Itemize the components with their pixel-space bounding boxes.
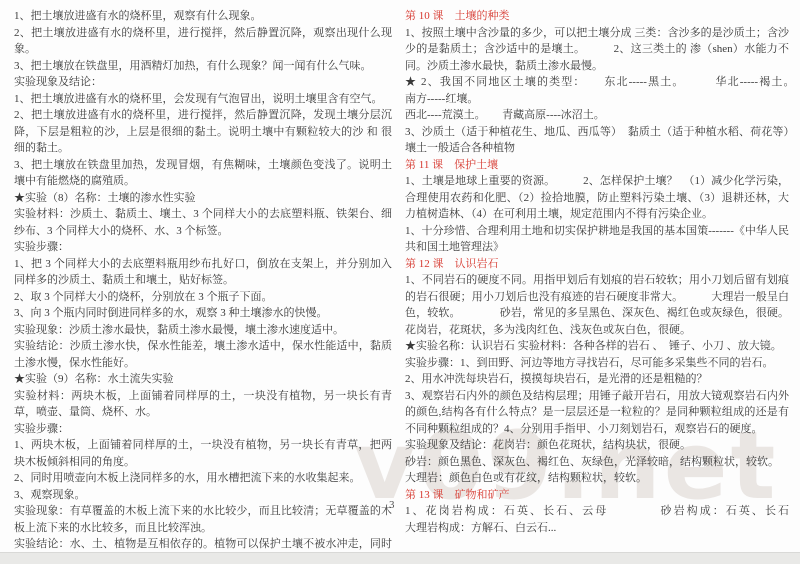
page-number: 3 (389, 499, 395, 511)
paragraph: 实验现象及结论：花岗岩：颜色花斑状，结构块状，很硬。 (405, 437, 789, 454)
paragraph: 2、把土壤放进盛有水的烧杯里，进行搅拌，然后静置沉降，观察出现什么现象。 (14, 25, 392, 58)
paragraph: 3、向 3 个瓶内同时倒进同样多的水，观察 3 种土壤渗水的快慢。 (14, 305, 392, 322)
paragraph: 实验结论：水、土、植物是互相依存的。植物可以保护土壤不被水冲走，同时也涵养一部分… (14, 536, 392, 552)
paragraph: 3、把土壤放在铁盘里加热，发现冒烟，有焦糊味，土壤颜色变浅了。说明土壤中有能燃烧… (14, 157, 392, 190)
paragraph: 3、观察现象。 (14, 487, 392, 504)
paragraph: 实验步骤：1、到田野、河边等地方寻找岩石，尽可能多采集些不同的岩石。 (405, 355, 789, 372)
paragraph: 实验材料：两块木板，上面铺着同样厚的土，一块没有植物，另一块长有青草，喷壶、量筒… (14, 388, 392, 421)
paragraph: 实验材料：沙质土、黏质土、壤土、3 个同样大小的去底塑料瓶、铁架台、细纱布、3 … (14, 206, 392, 239)
paragraph: 1、把 3 个同样大小的去底塑料瓶用纱布扎好口，倒放在支架上，并分别加入同样多的… (14, 256, 392, 289)
paragraph: 大理岩：颜色白色或有花纹，结构颗粒状，较软。 (405, 470, 789, 487)
paragraph: 2、用水冲洗每块岩石，摸摸每块岩石，是光滑的还是粗糙的？ (405, 371, 789, 388)
paragraph: 1、土壤是地球上重要的资源。 2、怎样保护土壤？ （1）减少化学污染，合理使用农… (405, 173, 789, 223)
paragraph: 2、把土壤放进盛有水的烧杯里，进行搅拌，然后静置沉降，发现土壤分层沉降，下层是粗… (14, 107, 392, 157)
paragraph: ★实验（8）名称：土壤的渗水性实验 (14, 190, 392, 207)
lesson-heading: 第 10 课 土壤的种类 (405, 8, 789, 25)
paragraph: 实验现象及结论： (14, 74, 392, 91)
paragraph: 砂岩：颜色黑色、深灰色、褐红色、灰绿色，光泽较暗，结构颗粒状，较软。 (405, 454, 789, 471)
paragraph: 3、沙质土（适于种植花生、地瓜、西瓜等） 黏质土（适于种植水稻、荷花等） 壤土一… (405, 124, 789, 157)
lesson-heading: 第 13 课 矿物和矿产 (405, 487, 789, 504)
paragraph: ★ 2、我国不同地区土壤的类型： 东北-----黑土。 华北-----褐土。 南… (405, 74, 789, 107)
paragraph: 3、把土壤放在铁盘里，用酒精灯加热，有什么现象？闻一闻有什么气味。 (14, 58, 392, 75)
paragraph: ★实验（9）名称：水土流失实验 (14, 371, 392, 388)
paragraph: 2、取 3 个同样大小的烧杯，分别放在 3 个瓶子下面。 (14, 289, 392, 306)
right-column: 第 10 课 土壤的种类1、按照土壤中含沙量的多少，可以把土壤分成 三类：含沙多… (405, 8, 789, 552)
paragraph: 1、按照土壤中含沙量的多少，可以把土壤分成 三类：含沙多的是沙质土；含沙少的是黏… (405, 25, 789, 75)
paragraph: 实验现象：有草覆盖的木板上流下来的水比较少，而且比较清；无草覆盖的木板上流下来的… (14, 503, 392, 536)
lesson-heading: 第 11 课 保护土壤 (405, 157, 789, 174)
paragraph: 实验现象：沙质土渗水最快，黏质土渗水最慢，壤土渗水速度适中。 (14, 322, 392, 339)
paragraph: 西北----荒漠土。 青藏高原----冰沼土。 (405, 107, 789, 124)
paragraph: 1、把土壤放进盛有水的烧杯里，会发现有气泡冒出，说明土壤里含有空气。 (14, 91, 392, 108)
paragraph: 1、把土壤放进盛有水的烧杯里，观察有什么现象。 (14, 8, 392, 25)
two-column-layout: 1、把土壤放进盛有水的烧杯里，观察有什么现象。2、把土壤放进盛有水的烧杯里，进行… (0, 0, 800, 552)
paragraph: 实验结论：沙质土渗水快，保水性能差，壤土渗水适中，保水性能适中，黏质土渗水慢，保… (14, 338, 392, 371)
paragraph: 1、十分珍惜、合理利用土地和切实保护耕地是我国的基本国策-------《中华人民… (405, 223, 789, 256)
paragraph: 1、不同岩石的硬度不同。用指甲划后有划痕的岩石较软；用小刀划后留有划痕的岩石很硬… (405, 272, 789, 338)
document-page: v09.net 1、把土壤放进盛有水的烧杯里，观察有什么现象。2、把土壤放进盛有… (0, 0, 800, 552)
paragraph: 实验步骤： (14, 239, 392, 256)
paragraph: 3、观察岩石内外的颜色及结构层理；用锤子敲开岩石，用放大镜观察岩石内外的颜色,结… (405, 388, 789, 438)
lesson-heading: 第 12 课 认识岩石 (405, 256, 789, 273)
paragraph: 1、两块木板，上面铺着同样厚的土，一块没有植物，另一块长有青草，把两块木板倾斜相… (14, 437, 392, 470)
paragraph: 实验步骤： (14, 421, 392, 438)
paragraph: 1、花岗岩构成：石英、长石、云母 砂岩构成：石英、长石 大理岩构成：方解石、白云… (405, 503, 789, 536)
paragraph: 2、同时用喷壶向木板上浇同样多的水，用水槽把流下来的水收集起来。 (14, 470, 392, 487)
left-column: 1、把土壤放进盛有水的烧杯里，观察有什么现象。2、把土壤放进盛有水的烧杯里，进行… (14, 8, 392, 552)
paragraph: ★实验名称：认识岩石 实验材料：各种各样的岩石 、 锤子、小刀 、放大镜。 (405, 338, 789, 355)
page-bottom-edge (0, 552, 800, 564)
